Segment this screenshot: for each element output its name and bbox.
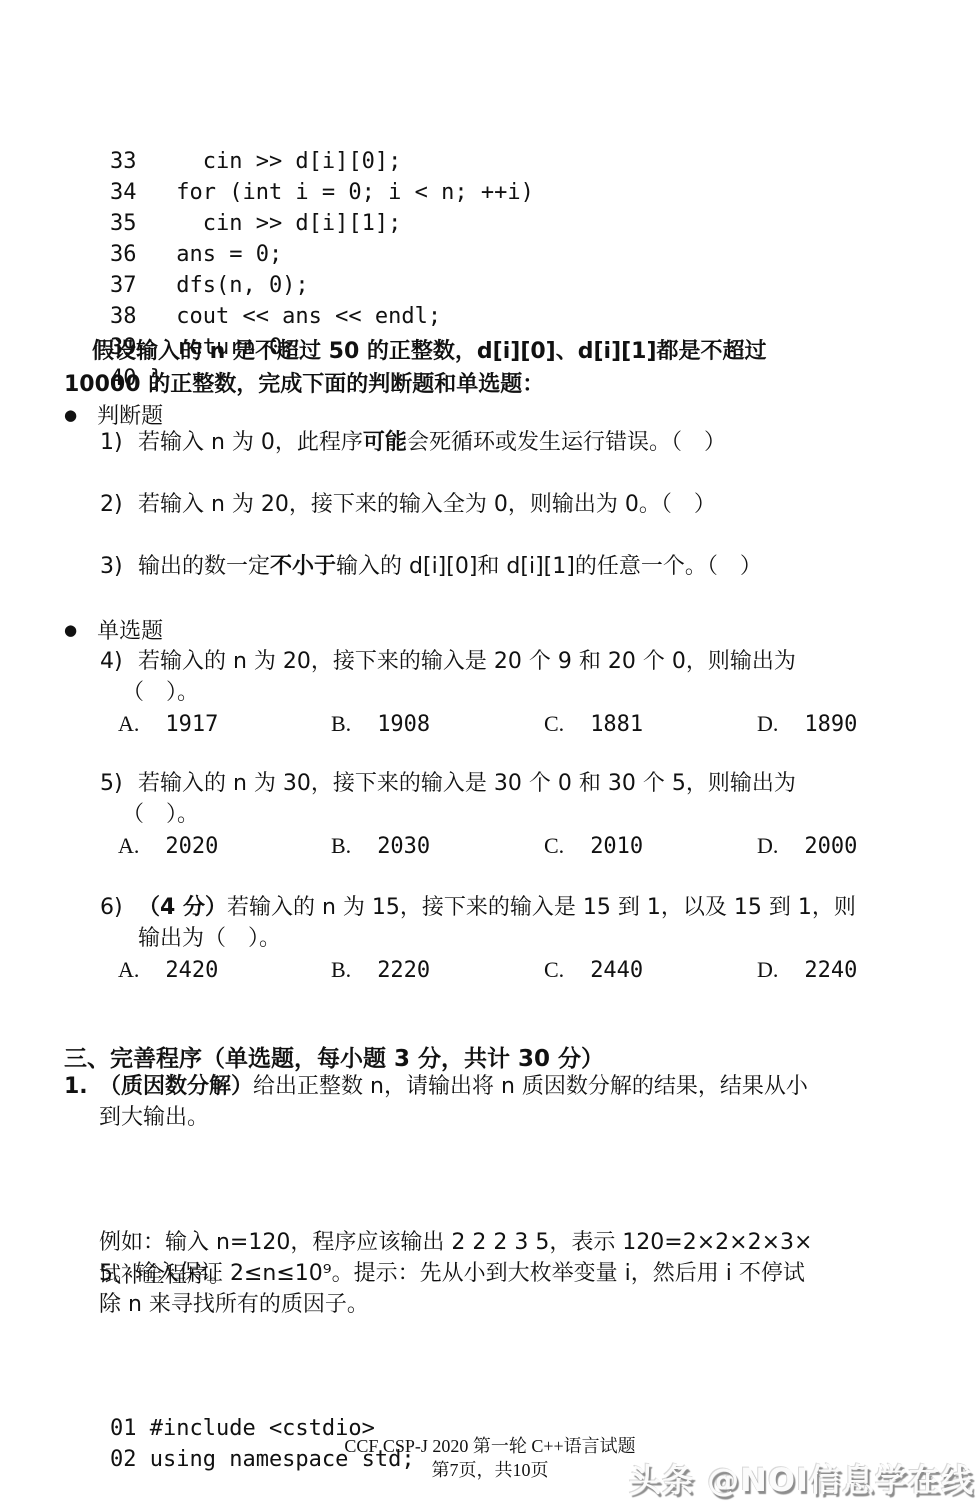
answer-blank-line: 输出为（ ）。 (138, 923, 857, 954)
option-letter: B. (331, 708, 351, 739)
options-row: A.2420B.2220C.2440D.2240 (118, 954, 857, 986)
option-value: 1890 (804, 709, 857, 740)
question-number: 6) (100, 892, 138, 923)
option: B.2030 (331, 830, 544, 862)
true-false-section-header: ● 判断题 (64, 399, 163, 430)
example-line: 例如：输入 n=120，程序应该输出 2 2 2 3 5，表示 120=2×2×… (99, 1227, 812, 1258)
option-letter: C. (544, 708, 564, 739)
question-number: 5) (100, 768, 138, 799)
text-segment: 若输入 n 为 20，接下来的输入全为 0，则输出为 0。（ ） (138, 492, 716, 517)
code-line: 35 cin >> d[i][1]; (110, 208, 534, 239)
text-segment: 不小于 (270, 554, 336, 579)
option: A.2420 (118, 954, 331, 986)
code-line: 36 ans = 0; (110, 239, 534, 270)
question-number: 3) (100, 551, 138, 582)
bullet-icon: ● (64, 619, 77, 641)
text-segment: 给出正整数 n，请输出将 n 质因数分解的结果，结果从小 (253, 1074, 808, 1099)
question-text: （4 分）若输入的 n 为 15，接下来的输入是 15 到 1，以及 15 到 … (138, 892, 856, 923)
text-segment: 输出的数一定 (138, 554, 270, 579)
example-paragraph: 例如：输入 n=120，程序应该输出 2 2 2 3 5，表示 120=2×2×… (99, 1134, 812, 1320)
option-value: 1881 (590, 709, 643, 740)
question-6: 6) （4 分）若输入的 n 为 15，接下来的输入是 15 到 1，以及 15… (100, 892, 857, 986)
option-value: 2000 (804, 831, 857, 862)
item-number: 1. (64, 1071, 99, 1102)
multiple-choice-section-label: 单选题 (97, 614, 163, 645)
question-5: 5) 若输入的 n 为 30，接下来的输入是 30 个 0 和 30 个 5，则… (100, 768, 857, 862)
prompt-line: 试补全程序。 (99, 1258, 231, 1289)
question-number: 4) (100, 646, 138, 677)
option-value: 1917 (165, 709, 218, 740)
item-text-line-1: （质因数分解）给出正整数 n，请输出将 n 质因数分解的结果，结果从小 (99, 1071, 808, 1102)
intro-paragraph: 假设输入的 n 是不超过 50 的正整数，d[i][0]、d[i][1]都是不超… (64, 335, 944, 401)
text-segment: 若输入的 n 为 30，接下来的输入是 30 个 0 和 30 个 5，则输出为 (138, 771, 796, 796)
question-text: 若输入的 n 为 20，接下来的输入是 20 个 9 和 20 个 0，则输出为 (138, 646, 796, 677)
option-letter: D. (757, 954, 778, 985)
option-value: 2020 (165, 831, 218, 862)
options-row: A.1917B.1908C.1881D.1890 (118, 708, 857, 740)
question-4: 4) 若输入的 n 为 20，接下来的输入是 20 个 9 和 20 个 0，则… (100, 646, 857, 740)
text-segment: （质因数分解） (99, 1074, 253, 1099)
exam-page: 33 cin >> d[i][0];34 for (int i = 0; i <… (0, 0, 980, 1510)
code-line: 38 cout << ans << endl; (110, 301, 534, 332)
option: C.1881 (544, 708, 757, 740)
bullet-icon: ● (64, 404, 77, 426)
code-line: 37 dfs(n, 0); (110, 270, 534, 301)
section3-heading: 三、完善程序（单选题，每小题 3 分，共计 30 分） (64, 1040, 604, 1073)
option-letter: A. (118, 954, 139, 985)
intro-line-1: 假设输入的 n 是不超过 50 的正整数，d[i][0]、d[i][1]都是不超… (64, 335, 944, 368)
text-segment: 若输入的 n 为 15，接下来的输入是 15 到 1，以及 15 到 1，则 (227, 895, 856, 920)
question-text: 输出的数一定不小于输入的 d[i][0]和 d[i][1]的任意一个。（ ） (138, 551, 762, 582)
question-2: 2) 若输入 n 为 20，接下来的输入全为 0，则输出为 0。（ ） (100, 489, 716, 520)
option-letter: D. (757, 708, 778, 739)
text-segment: 若输入的 n 为 20，接下来的输入是 20 个 9 和 20 个 0，则输出为 (138, 649, 796, 674)
option: C.2440 (544, 954, 757, 986)
option-letter: D. (757, 830, 778, 861)
watermark: 头条 @NOI信息学在线 (629, 1455, 974, 1501)
question-number: 2) (100, 489, 138, 520)
option: A.2020 (118, 830, 331, 862)
text-segment: 会死循环或发生运行错误。（ ） (407, 430, 726, 455)
option: C.2010 (544, 830, 757, 862)
text-segment: 可能 (363, 430, 407, 455)
code-line: 34 for (int i = 0; i < n; ++i) (110, 177, 534, 208)
question-text: 若输入的 n 为 30，接下来的输入是 30 个 0 和 30 个 5，则输出为 (138, 768, 796, 799)
question-3: 3) 输出的数一定不小于输入的 d[i][0]和 d[i][1]的任意一个。（ … (100, 551, 762, 582)
true-false-section-label: 判断题 (97, 399, 163, 430)
option: B.1908 (331, 708, 544, 740)
option-value: 2240 (804, 955, 857, 986)
option-letter: A. (118, 708, 139, 739)
answer-blank-line: （ ）。 (122, 799, 857, 830)
option: D.2240 (757, 954, 857, 986)
option-letter: C. (544, 954, 564, 985)
option-letter: B. (331, 954, 351, 985)
option-letter: A. (118, 830, 139, 861)
option: A.1917 (118, 708, 331, 740)
intro-line-2: 10000 的正整数，完成下面的判断题和单选题： (64, 368, 944, 401)
question-text: 若输入 n 为 0，此程序可能会死循环或发生运行错误。（ ） (138, 427, 726, 458)
text-segment: 若输入 n 为 0，此程序 (138, 430, 363, 455)
code-line: 33 cin >> d[i][0]; (110, 146, 534, 177)
option-letter: B. (331, 830, 351, 861)
option-value: 2420 (165, 955, 218, 986)
option-value: 2030 (377, 831, 430, 862)
option: B.2220 (331, 954, 544, 986)
question-1: 1) 若输入 n 为 0，此程序可能会死循环或发生运行错误。（ ） (100, 427, 726, 458)
answer-blank-line: （ ）。 (122, 677, 857, 708)
option-value: 2440 (590, 955, 643, 986)
options-row: A.2020B.2030C.2010D.2000 (118, 830, 857, 862)
option-value: 1908 (377, 709, 430, 740)
question-number: 1) (100, 427, 138, 458)
question-text: 若输入 n 为 20，接下来的输入全为 0，则输出为 0。（ ） (138, 489, 716, 520)
example-line: 除 n 来寻找所有的质因子。 (99, 1289, 812, 1320)
section3-item-1: 1. （质因数分解）给出正整数 n，请输出将 n 质因数分解的结果，结果从小 到… (64, 1071, 808, 1133)
text-segment: （4 分） (138, 895, 227, 920)
multiple-choice-section-header: ● 单选题 (64, 614, 163, 645)
option-value: 2220 (377, 955, 430, 986)
option-letter: C. (544, 830, 564, 861)
option-value: 2010 (590, 831, 643, 862)
text-segment: 输入的 d[i][0]和 d[i][1]的任意一个。（ ） (336, 554, 762, 579)
item-text-line-2: 到大输出。 (99, 1102, 808, 1133)
option: D.2000 (757, 830, 857, 862)
option: D.1890 (757, 708, 857, 740)
